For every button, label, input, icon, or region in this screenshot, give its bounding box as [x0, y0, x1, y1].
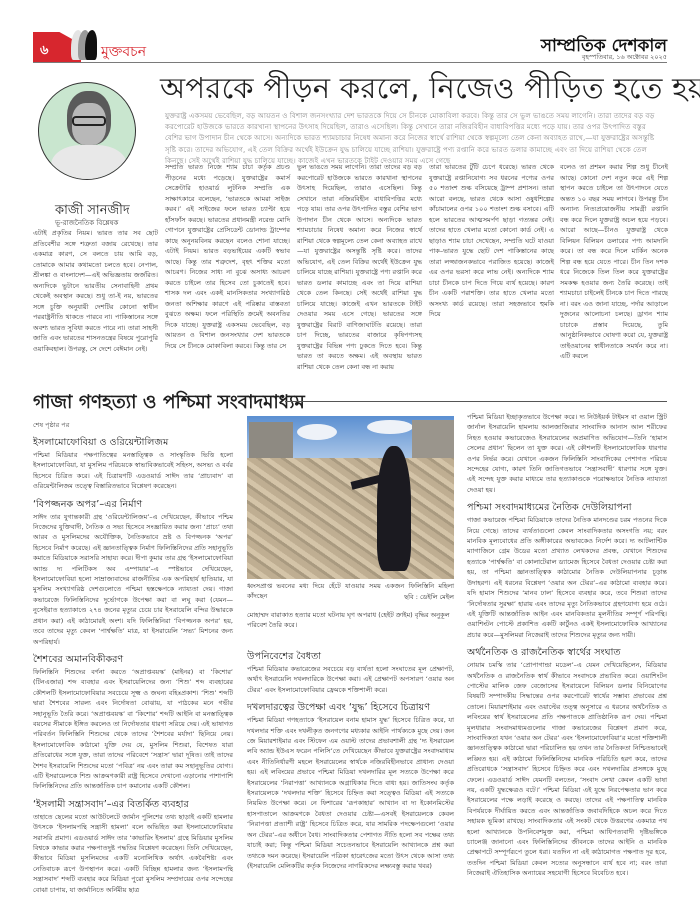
section-body: পশ্চিমা মিডিয়া গণহত্যাকে ‘ইসরায়েল বনাম…	[247, 715, 454, 871]
section-heading: ইসলামোফোবিয়া ও ওরিয়েন্টালিজম	[33, 436, 233, 449]
section-heading: শৈশবের অমানবিকীকরণ	[33, 653, 233, 666]
article2-middle-column: উপনিবেশের বৈধতা পশ্চিমা মিডিয়ার কভারেজে…	[247, 644, 454, 871]
faces-silhouette-icon	[71, 30, 105, 60]
page-number: ৬	[40, 41, 48, 62]
page-masthead: ৬ মুক্তবচন সাম্প্রতিক দেশকাল বৃহস্পতিবার…	[33, 30, 667, 63]
section-body: গাজা কভারেজ পশ্চিমা মিডিয়াকে তাদের নৈতি…	[467, 515, 667, 640]
section-body: তাহাতে ছেলের মতো আউটলেটে জার্মান পুলিশের…	[33, 812, 233, 895]
section-body: পশ্চিমা মিডিয়ার কভারেজের সবচেয়ে বড় ব্…	[247, 664, 454, 695]
article2-mid-intro: মোহাম্মদ বারাকাত হত্যার মতো ঘটনায় ঘৃণ অ…	[247, 610, 454, 631]
article1-column-1: এটাই প্রকৃতির নিয়ম। ভারত তার সব ছোট প্র…	[33, 228, 158, 354]
section-heading: উপনিবেশের বৈধতা	[247, 650, 454, 663]
section-name: মুক্তবচন	[101, 40, 146, 64]
article1-lede: যুক্তরাষ্ট্র একসময় ভেবেছিল, বড় আয়তন ও…	[165, 110, 665, 166]
section-body: পশ্চিমা মিডিয়া ইচ্ছাকৃতভাবে উপেক্ষা করে…	[467, 412, 667, 495]
article2-headline: গাজা গণহত্যা ও পশ্চিমা সংবাদমাধ্যম	[33, 388, 305, 419]
section-heading: পশ্চিমা সংবাদমাধ্যমের নৈতিক দেউলিয়াপনা	[467, 501, 667, 514]
article1-headline: অপরকে পীড়ন করলে, নিজেও পীড়িত হতে হয়	[160, 66, 700, 115]
article2-left-column: ইসলামোফোবিয়া ও ওরিয়েন্টালিজম পশ্চিমা ম…	[33, 430, 233, 895]
woman-figure	[377, 446, 411, 571]
section-heading: অর্থনৈতিক ও রাজনৈতিক স্বার্থের সংঘাত	[467, 646, 667, 659]
photo-credit: ছবি : ডেইলি মেইল	[404, 592, 454, 603]
section-heading: ‘বিপজ্জনক অপর’–এর নির্মাণ	[33, 498, 233, 511]
section-heading: ‘ইসলামী সন্ত্রাসবাদ’–এর বিতর্কিত ব্যবহার	[33, 798, 233, 811]
author-photo	[38, 82, 136, 180]
gaza-rubble-photo	[247, 416, 454, 579]
section-heading: দখলদারত্বের উপেক্ষা এবং ‘যুদ্ধ’ হিসেবে চ…	[247, 701, 454, 714]
section-body: ফিলিস্তিনি শিশুদের বর্ণনা করতে ‘অপ্রাপ্ত…	[33, 667, 233, 792]
section-body: সাঈদ তার যুগান্তকারী গ্রন্থ ‘ওরিয়েন্টাল…	[33, 512, 233, 647]
article1-column-2: সম্প্রতি ভারত নিজে শ্যাম চাচা কর্তৃক প্র…	[165, 162, 290, 351]
issue-date: বৃহস্পতিবার, ১৬ অক্টোবর ২০২৫	[582, 52, 667, 63]
headline-divider	[285, 401, 667, 402]
section-body: নোয়াম চমস্কি তার ‘প্রোপাগান্ডা মডেল’–এ …	[467, 660, 667, 879]
article1-column-3: ভুল ভাঙতে সময় লাগেনি। তারা তাদের বড় বড…	[297, 162, 422, 372]
section-body: পশ্চিমা মিডিয়ার পক্ষপাতিত্বের মনস্তাত্ত…	[33, 450, 233, 492]
article1-column-5: বলেও তা প্রশমন করার শিল্প শুধু চীনেই আছে…	[560, 162, 668, 362]
article2-right-column: পশ্চিমা মিডিয়া ইচ্ছাকৃতভাবে উপেক্ষা করে…	[467, 412, 667, 879]
glasses-icon	[72, 116, 106, 126]
article1-column-4: তারা ভারতের টুঁটি চেপে ধরেছে। ভারত থেকে …	[429, 162, 554, 320]
